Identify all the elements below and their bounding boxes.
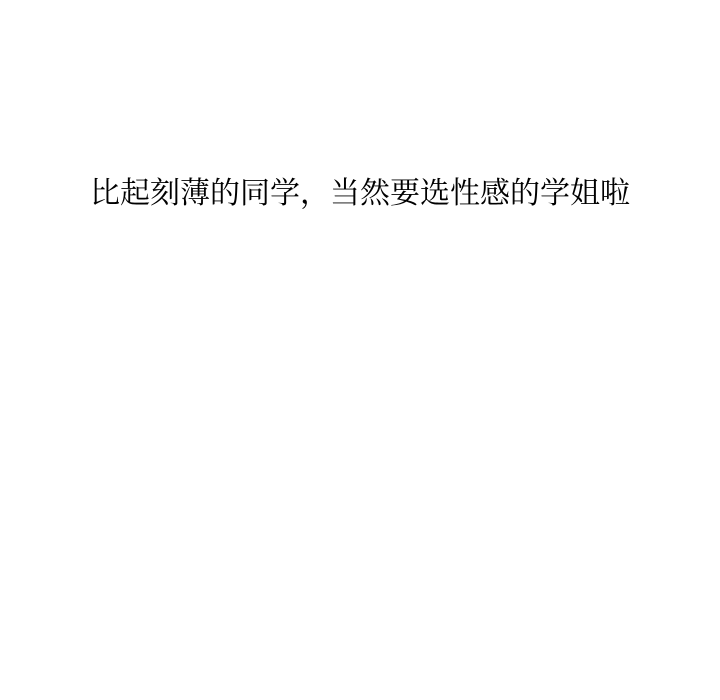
caption-text: 比起刻薄的同学，当然要选性感的学姐啦 bbox=[0, 176, 720, 212]
